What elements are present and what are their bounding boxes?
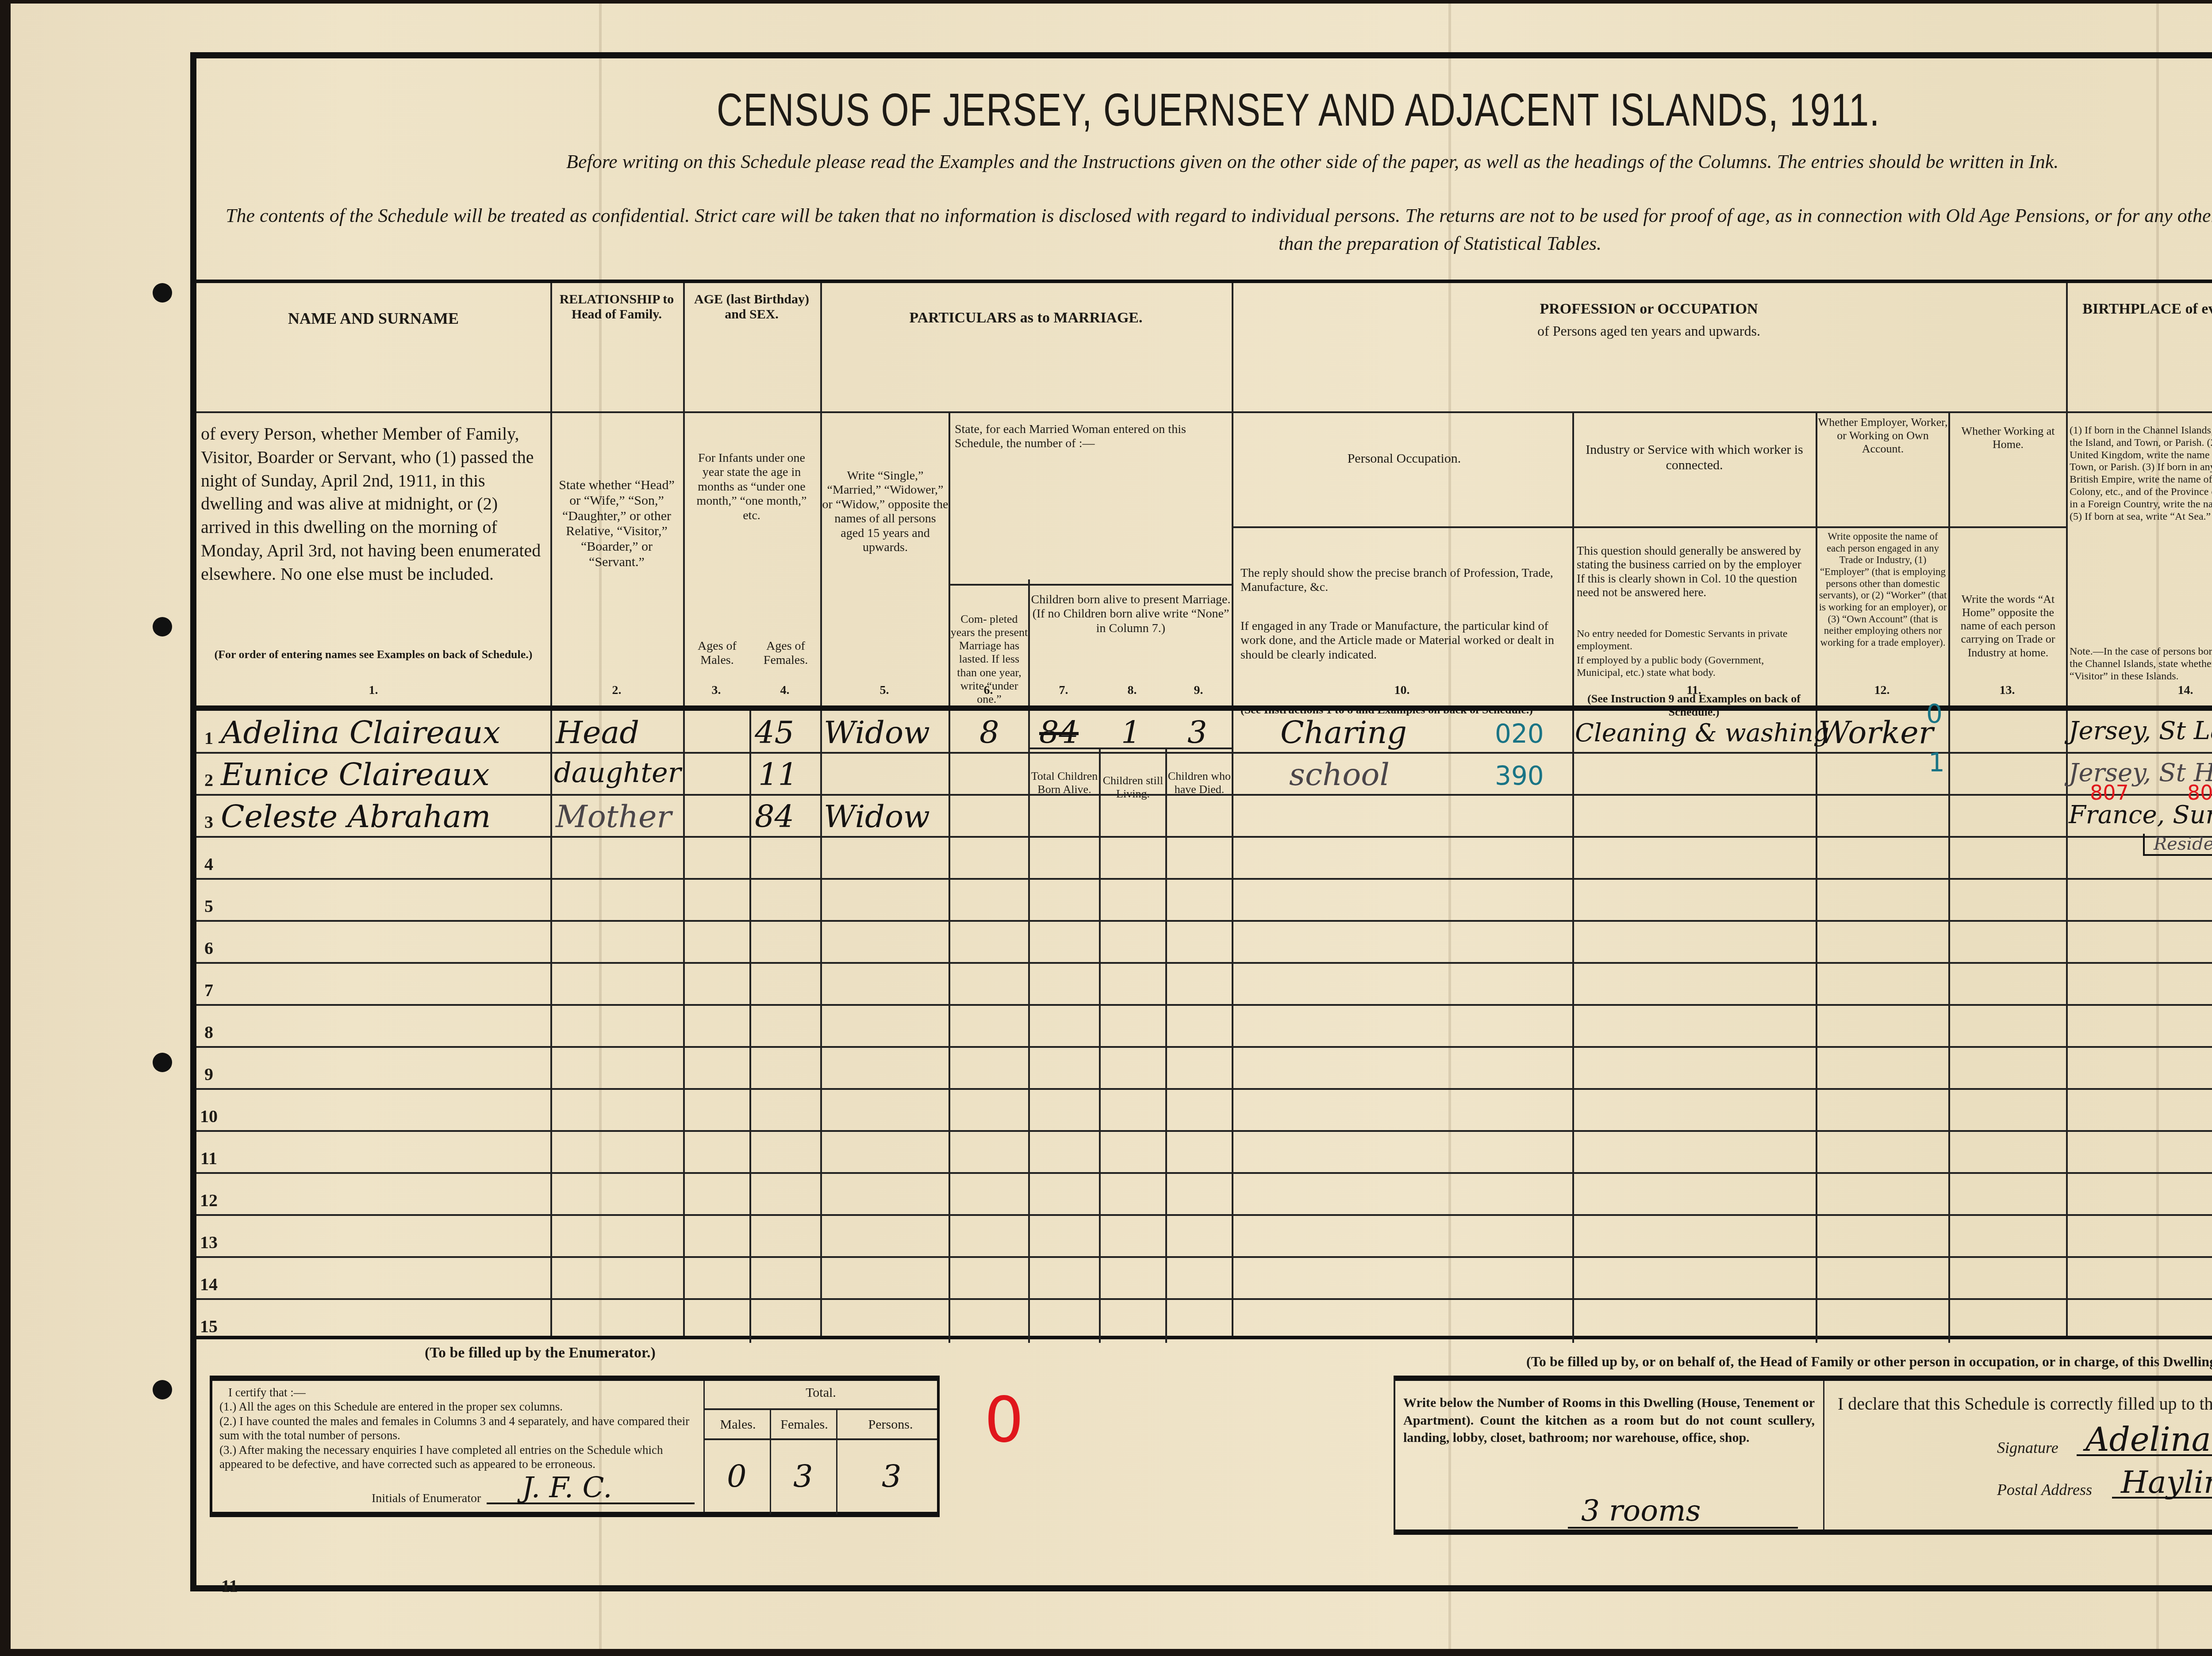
row-number: 6	[200, 938, 218, 958]
enumerator-initials[interactable]: J. F. C.	[522, 1472, 612, 1504]
row-rule	[196, 794, 2212, 796]
row1-name[interactable]: Adelina Claireaux	[221, 714, 500, 751]
row-number: 9	[200, 1064, 218, 1085]
name-note: (For order of entering names see Example…	[201, 648, 546, 661]
row1-industry[interactable]: Cleaning & washing	[1575, 719, 1829, 747]
header-divider	[196, 411, 2212, 413]
employer-header: Whether Employer, Worker, or Working on …	[1817, 416, 1948, 456]
industry-instr-3: If employed by a public body (Government…	[1577, 655, 1811, 679]
row2-employer-code: 1	[1928, 747, 1945, 778]
col-divider	[1948, 411, 1950, 1343]
row-number: 5	[200, 896, 218, 916]
red-zero-mark: 0	[984, 1384, 1024, 1457]
enumerator-heading: (To be filled up by the Enumerator.)	[425, 1345, 656, 1361]
row-rule	[196, 1172, 2212, 1174]
row-number: 2	[200, 770, 218, 790]
certify-intro: I certify that :—	[219, 1385, 697, 1399]
col-num: 3.	[683, 683, 749, 698]
head-section-heading: (To be filled up by, or on behalf of, th…	[1526, 1353, 2212, 1370]
totals-box: Total. Males. Females. Persons. 0 3 3	[703, 1381, 937, 1512]
col-num: 11.	[1572, 683, 1816, 698]
row1-age-female[interactable]: 45	[755, 714, 794, 751]
signature-label: Signature	[1997, 1438, 2058, 1457]
col-divider	[1232, 283, 1233, 1336]
header-occupation: PROFESSION or OCCUPATION	[1232, 301, 2066, 318]
row-rule	[196, 752, 2212, 754]
industry-header: Industry or Service with which worker is…	[1575, 442, 1814, 473]
col-num: 1.	[196, 683, 550, 698]
row3-birthplace[interactable]: France, Surville	[2069, 801, 2212, 829]
enumerator-certificate: I certify that :— (1.) All the ages on t…	[210, 1376, 940, 1517]
col-divider	[1572, 411, 1574, 1343]
col-num: 6.	[949, 683, 1028, 698]
total-persons[interactable]: 3	[882, 1458, 902, 1495]
col-num: 14.	[2066, 683, 2212, 698]
postal-address-value[interactable]: Hayling Villa St Clements Road	[2121, 1464, 2212, 1500]
age-males-header: Ages of Males.	[685, 639, 749, 668]
header-divider	[949, 584, 1232, 586]
row2-occupation-code: 390	[1495, 761, 1544, 791]
row1-children-total[interactable]: 84	[1039, 714, 1079, 751]
males-label: Males.	[705, 1417, 771, 1432]
punch-hole-icon	[153, 617, 172, 636]
children-instructions: Children born alive to present Marriage.…	[1030, 593, 1232, 636]
row2-age-female[interactable]: 11	[758, 756, 798, 793]
dwelling-declaration: Write below the Number of Rooms in this …	[1394, 1376, 2212, 1535]
row1-employer-code: 0	[1926, 699, 1943, 729]
persons-label: Persons.	[837, 1417, 944, 1432]
certify-item-1: (1.) All the ages on this Schedule are e…	[219, 1399, 697, 1414]
signature-value[interactable]: Adelina Claireaux	[2085, 1421, 2212, 1459]
total-divider	[705, 1438, 937, 1440]
col-divider	[749, 708, 751, 1343]
row-rule	[196, 1256, 2212, 1258]
row2-occupation[interactable]: school	[1289, 756, 1390, 793]
industry-instr-1: This question should generally be answer…	[1577, 544, 1811, 599]
postal-address-label: Postal Address	[1997, 1480, 2092, 1499]
confidential-line-2: than the preparation of Statistical Tabl…	[1279, 232, 1601, 255]
name-instructions: of every Person, whether Member of Famil…	[201, 422, 546, 586]
col-divider	[683, 283, 685, 1336]
rooms-value[interactable]: 3 rooms	[1581, 1494, 1701, 1528]
row1-children-living[interactable]: 1	[1121, 714, 1141, 751]
header-relationship: RELATIONSHIP to Head of Family.	[550, 292, 683, 322]
page-title: CENSUS OF JERSEY, GUERNSEY AND ADJACENT …	[717, 84, 1880, 137]
col-num: 10.	[1232, 683, 1572, 698]
age-females-header: Ages of Females.	[751, 639, 820, 668]
home-instructions: Write the words “At Home” opposite the n…	[1950, 593, 2066, 659]
row-number: 14	[200, 1274, 218, 1295]
row1-marriage-years[interactable]: 8	[979, 714, 999, 751]
row1-employer[interactable]: Worker	[1818, 714, 1933, 751]
personal-occupation-instr-1: The reply should show the precise branch…	[1240, 566, 1568, 595]
row-rule	[196, 1004, 2212, 1006]
row2-relationship[interactable]: daughter	[554, 756, 681, 789]
rooms-instructions: Write below the Number of Rooms in this …	[1403, 1394, 1815, 1447]
col-divider	[550, 283, 552, 1336]
certify-text: I certify that :— (1.) All the ages on t…	[219, 1385, 697, 1471]
header-marriage: PARTICULARS as to MARRIAGE.	[820, 310, 1232, 326]
row3-birthplace-note[interactable]: Resident	[2143, 834, 2212, 856]
header-age: AGE (last Birthday) and SEX.	[683, 292, 820, 322]
certify-item-2: (2.) I have counted the males and female…	[219, 1414, 697, 1443]
birthplace-instructions: (1) If born in the Channel Islands, writ…	[2070, 425, 2212, 523]
females-label: Females.	[771, 1417, 837, 1432]
instruction-line: Before writing on this Schedule please r…	[566, 150, 2058, 173]
row-rule	[196, 878, 2212, 880]
row2-name[interactable]: Eunice Claireaux	[221, 756, 490, 793]
home-header: Whether Working at Home.	[1950, 425, 2066, 451]
total-label: Total.	[705, 1385, 937, 1400]
row-rule	[196, 1298, 2212, 1300]
row1-children-died[interactable]: 3	[1187, 714, 1207, 751]
header-birthplace: BIRTHPLACE of every Person.	[2066, 301, 2212, 318]
row3-name[interactable]: Celeste Abraham	[221, 798, 491, 835]
row-number: 3	[200, 812, 218, 832]
personal-occupation-instr-2: If engaged in any Trade or Manufacture, …	[1240, 619, 1568, 662]
row3-age-female[interactable]: 84	[755, 798, 794, 835]
row-number: 7	[200, 980, 218, 1000]
marriage-condition-instructions: Write “Single,” “Married,” “Widower,” or…	[822, 469, 949, 555]
total-females[interactable]: 3	[793, 1458, 813, 1495]
personal-occupation-header: Personal Occupation.	[1236, 451, 1572, 467]
relationship-instructions: State whether “Head” or “Wife,” “Son,” “…	[555, 478, 679, 570]
header-occupation-sub: of Persons aged ten years and upwards.	[1232, 323, 2066, 339]
punch-hole-icon	[153, 1380, 172, 1399]
page-number: 11	[221, 1575, 238, 1596]
initials-label: Initials of Enumerator	[372, 1491, 481, 1506]
employer-instructions: Write opposite the name of each person e…	[1817, 531, 1948, 649]
row-rule	[196, 962, 2212, 964]
row-rule	[196, 1088, 2212, 1090]
row1-occupation-code: 020	[1495, 719, 1544, 749]
row3-condition[interactable]: Widow	[824, 798, 930, 835]
col-num: 9.	[1165, 683, 1232, 698]
row1-relationship[interactable]: Head	[556, 714, 639, 751]
row-number: 10	[200, 1106, 218, 1127]
row1-birthplace[interactable]: Jersey, St Laurence	[2069, 717, 2212, 745]
children-living-header: Children still Living.	[1101, 774, 1165, 801]
row1-occupation[interactable]: Charing	[1280, 714, 1407, 751]
header-bottom-rule	[196, 705, 2212, 711]
row-number: 13	[200, 1232, 218, 1253]
row-number: 12	[200, 1190, 218, 1211]
row-number: 1	[200, 728, 218, 748]
header-name: NAME AND SURNAME	[196, 310, 550, 327]
col-num: 12.	[1816, 683, 1948, 698]
col-divider	[2066, 283, 2068, 1336]
col-num: 5.	[820, 683, 949, 698]
col-num: 4.	[749, 683, 820, 698]
row-number: 15	[200, 1316, 218, 1337]
children-died-header: Children who have Died.	[1167, 770, 1232, 796]
total-males[interactable]: 0	[727, 1458, 747, 1495]
certify-item-3: (3.) After making the necessary enquirie…	[219, 1443, 697, 1472]
census-table: NAME AND SURNAME RELATIONSHIP to Head of…	[196, 280, 2212, 1339]
col-divider	[949, 411, 950, 1343]
married-woman-instructions: State, for each Married Woman entered on…	[955, 422, 1229, 451]
punch-hole-icon	[153, 1053, 172, 1072]
row-rule	[196, 1130, 2212, 1132]
row-number: 8	[200, 1022, 218, 1043]
row-rule	[196, 1046, 2212, 1048]
col-divider	[820, 283, 822, 1336]
col-num: 2.	[550, 683, 683, 698]
row-rule	[196, 1214, 2212, 1216]
punch-hole-icon	[153, 283, 172, 303]
row1-condition[interactable]: Widow	[824, 714, 930, 751]
industry-instr-2: No entry needed for Domestic Servants in…	[1577, 628, 1811, 653]
row-number: 11	[200, 1148, 218, 1169]
rooms-box: Write below the Number of Rooms in this …	[1395, 1381, 1824, 1529]
col-num: 13.	[1948, 683, 2066, 698]
col-num: 8.	[1099, 683, 1165, 698]
row-rule	[196, 836, 2212, 838]
birthplace-note: Note.—In the case of persons born elsewh…	[2070, 646, 2212, 682]
row-number: 4	[200, 854, 218, 874]
declaration-text: I declare that this Schedule is correctl…	[1838, 1393, 2212, 1414]
children-total-header: Total Children Born Alive.	[1030, 770, 1099, 796]
age-instructions: For Infants under one year state the age…	[687, 451, 816, 523]
row3-relationship[interactable]: Mother	[556, 798, 672, 835]
header-divider	[1232, 526, 2066, 528]
row-rule	[196, 920, 2212, 922]
col-num: 7.	[1028, 683, 1099, 698]
confidential-line: The contents of the Schedule will be tre…	[226, 204, 2212, 227]
